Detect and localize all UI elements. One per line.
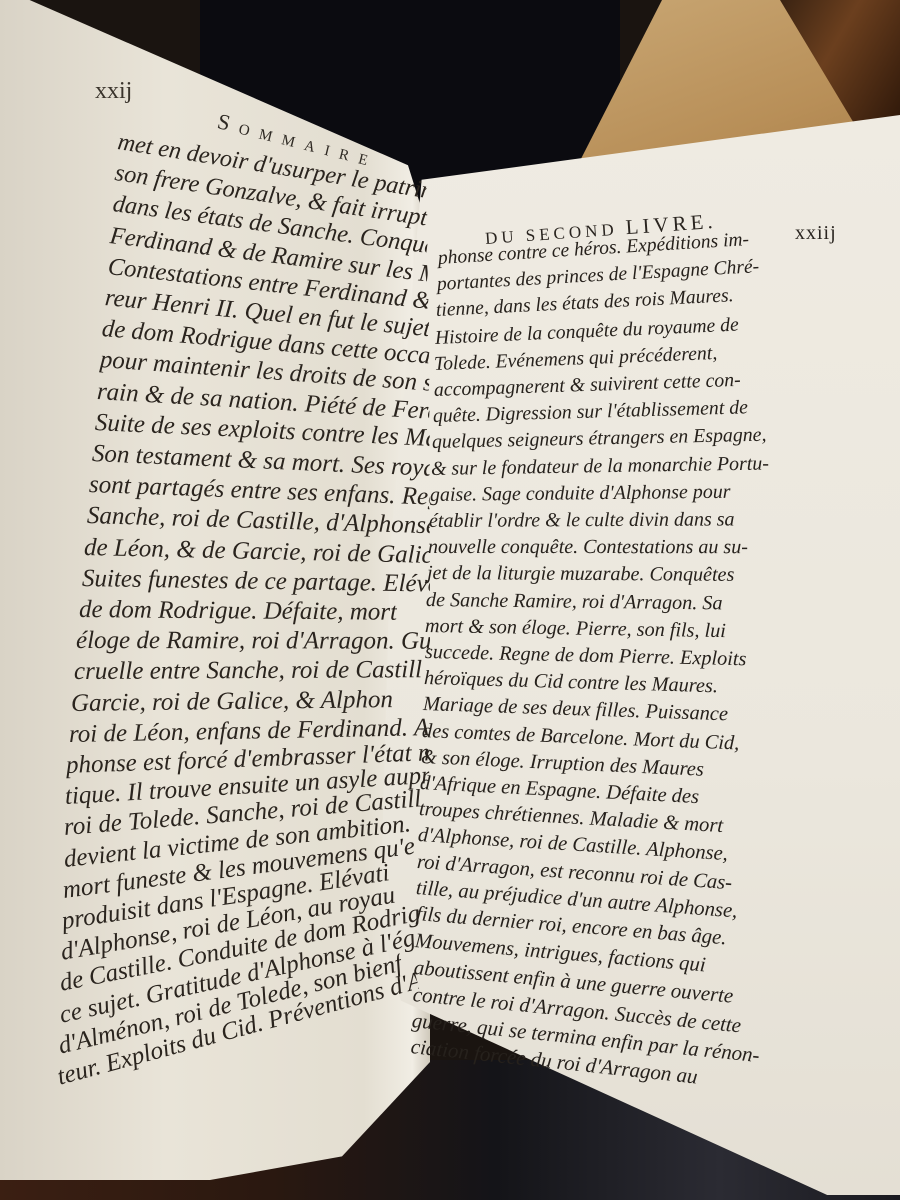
text-line: cruelle entre Sanche, roi de Castill <box>74 657 422 687</box>
text-line: mort & son éloge. Pierre, son fils, lui <box>425 615 726 643</box>
text-line: jet de la liturgie muzarabe. Conquêtes <box>427 562 734 587</box>
text-line: éloge de Ramire, roi d'Arragon. Guer <box>76 627 430 656</box>
text-line: Suites funestes de ce partage. Elévati <box>81 565 430 598</box>
text-line: établir l'ordre & le culte divin dans sa <box>429 508 735 533</box>
text-line: gaise. Sage conduite d'Alphonse pour <box>430 481 731 507</box>
book-photo-scene: xxij Sommaire met en devoir d'usurper le… <box>0 0 900 1200</box>
text-line: de Sanche Ramire, roi d'Arragon. Sa <box>426 589 723 615</box>
right-page-folio: xxiij <box>795 222 837 245</box>
left-page-folio: xxij <box>95 78 132 105</box>
text-line: nouvelle conquête. Contestations au su- <box>428 536 748 559</box>
text-line: de dom Rodrigue. Défaite, mort <box>79 596 397 627</box>
text-line: Garcie, roi de Galice, & Alphon <box>71 686 393 718</box>
